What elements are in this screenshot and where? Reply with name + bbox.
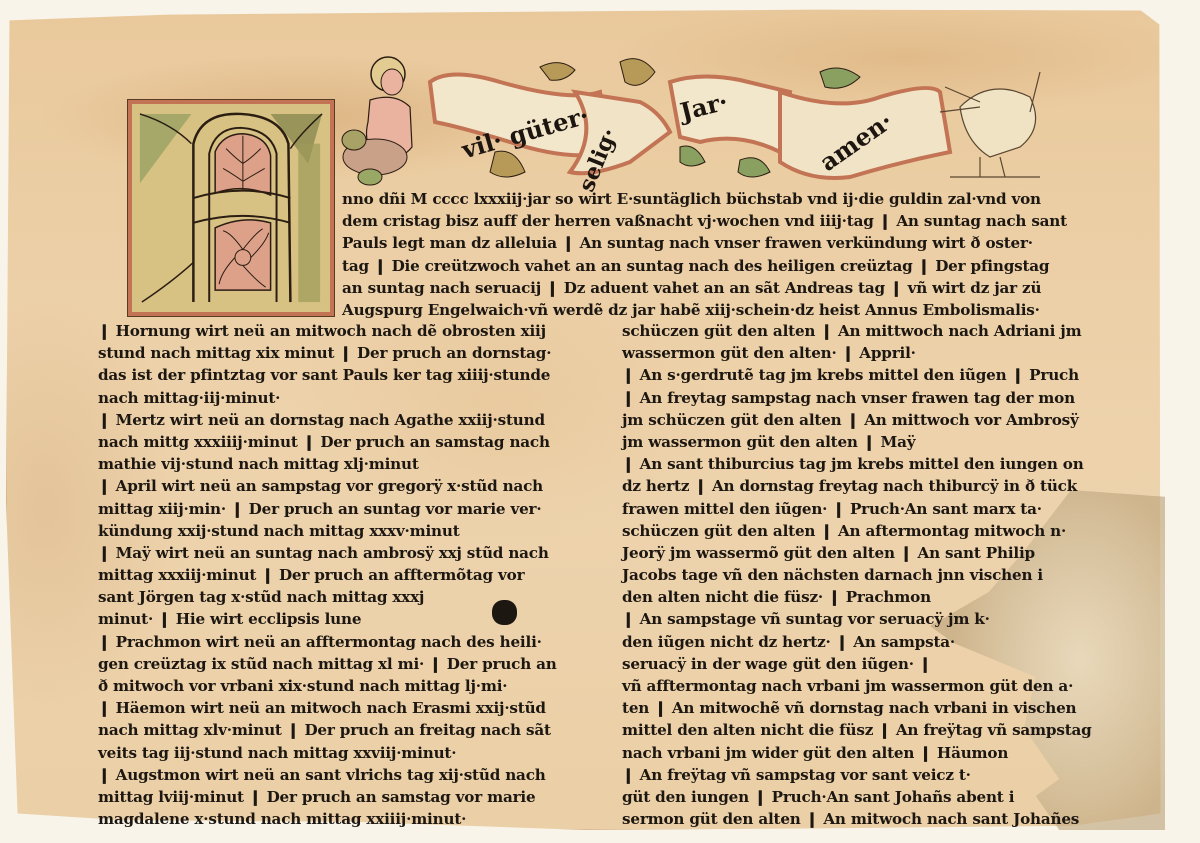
text-line: ❙ An s·gerdrutẽ tag jm krebs mittel den …: [622, 364, 1122, 386]
text-line: ❙ Hornung wirt neü an mitwoch nach dẽ ob…: [98, 320, 598, 342]
text-line: sermon güt den alten ❙ An mitwoch nach s…: [622, 808, 1122, 830]
text-line: seruacÿ in der wage güt den iũgen· ❙: [622, 653, 1122, 675]
text-line: ❙ An freytag sampstag nach vnser frawen …: [622, 387, 1122, 409]
text-line: dz hertz ❙ An dornstag freytag nach thib…: [622, 475, 1122, 497]
text-line: mittel den alten nicht die füsz ❙ An fre…: [622, 719, 1122, 741]
text-line: nach mittg xxxiiij·minut ❙ Der pruch an …: [98, 431, 598, 453]
text-line: schüczen güt den alten ❙ An aftermontag …: [622, 520, 1122, 542]
text-line: ❙ Augstmon wirt neü an sant vlrichs tag …: [98, 764, 598, 786]
text-line: ❙ Prachmon wirt neü an afftermontag nach…: [98, 631, 598, 653]
text-line: Jeorÿ jm wassermõ güt den alten ❙ An san…: [622, 542, 1122, 564]
initial-a-icon: [132, 104, 330, 312]
text-line: wassermon güt den alten· ❙ Appril·: [622, 342, 1122, 364]
christ-child-icon: [342, 57, 412, 185]
text-line: güt den iungen ❙ Pruch·An sant Johañs ab…: [622, 786, 1122, 808]
text-line: das ist der pfintztag vor sant Pauls ker…: [98, 364, 598, 386]
right-column: schüczen güt den alten ❙ An mittwoch nac…: [622, 320, 1122, 830]
text-line: nach vrbani jm wider güt den alten ❙ Häu…: [622, 742, 1122, 764]
header-line: Augspurg Engelwaich·vñ werdẽ dz jar habẽ…: [342, 299, 1120, 321]
text-line: ❙ Häemon wirt neü an mitwoch nach Erasmi…: [98, 697, 598, 719]
left-column: ❙ Hornung wirt neü an mitwoch nach dẽ ob…: [98, 320, 598, 830]
text-line: jm schüczen güt den alten ❙ An mittwoch …: [622, 409, 1122, 431]
decorative-banner: vil· güter· selig· Jar· amen·: [340, 52, 1060, 192]
header-line: Pauls legt man dz alleluia ❙ An suntag n…: [342, 232, 1120, 254]
text-line: mittag lviij·minut ❙ Der pruch an samsta…: [98, 786, 598, 808]
text-line: ten ❙ An mitwochẽ vñ dornstag nach vrban…: [622, 697, 1122, 719]
header-line: dem cristag bisz auff der herren vaßnach…: [342, 210, 1120, 232]
header-line: an suntag nach seruacij ❙ Dz aduent vahe…: [342, 277, 1120, 299]
text-line: gen creüztag ix stũd nach mittag xl mi· …: [98, 653, 598, 675]
text-line: ❙ Maÿ wirt neü an suntag nach ambrosÿ xx…: [98, 542, 598, 564]
text-line: ❙ An freÿtag vñ sampstag vor sant veicz …: [622, 764, 1122, 786]
lunar-eclipse-symbol-icon: [492, 600, 517, 625]
text-line: stund nach mittag xix minut ❙ Der pruch …: [98, 342, 598, 364]
text-line: minut· ❙ Hie wirt ecclipsis lune: [98, 608, 598, 630]
pelican-icon: [940, 72, 1040, 177]
text-line: den alten nicht die füsz· ❙ Prachmon: [622, 586, 1122, 608]
decorated-initial-a: [128, 100, 334, 316]
text-line: magdalene x·stund nach mittag xxiiij·min…: [98, 808, 598, 830]
text-line: ❙ An sampstage vñ suntag vor seruacÿ jm …: [622, 608, 1122, 630]
text-line: nach mittag·iij·minut·: [98, 387, 598, 409]
text-line: ð mitwoch vor vrbani xix·stund nach mitt…: [98, 675, 598, 697]
text-line: Jacobs tage vñ den nächsten darnach jnn …: [622, 564, 1122, 586]
text-line: frawen mittel den iũgen· ❙ Pruch·An sant…: [622, 498, 1122, 520]
text-line: ❙ April wirt neü an sampstag vor gregorÿ…: [98, 475, 598, 497]
text-line: mittag xiij·min· ❙ Der pruch an suntag v…: [98, 498, 598, 520]
text-line: ❙ Mertz wirt neü an dornstag nach Agathe…: [98, 409, 598, 431]
text-line: veits tag iij·stund nach mittag xxviij·m…: [98, 742, 598, 764]
text-line: jm wassermon güt den alten ❙ Maÿ: [622, 431, 1122, 453]
header-line: tag ❙ Die creützwoch vahet an an suntag …: [342, 255, 1120, 277]
header-paragraph: nno dñi M cccc lxxxiij·jar so wirt E·sun…: [342, 188, 1120, 321]
text-line: sant Jörgen tag x·stũd nach mittag xxxj: [98, 586, 598, 608]
text-line: ❙ An sant thiburcius tag jm krebs mittel…: [622, 453, 1122, 475]
header-line: nno dñi M cccc lxxxiij·jar so wirt E·sun…: [342, 188, 1120, 210]
text-line: den iũgen nicht dz hertz· ❙ An sampsta·: [622, 631, 1122, 653]
text-line: kündung xxij·stund nach mittag xxxv·minu…: [98, 520, 598, 542]
text-line: mathie vij·stund nach mittag xlj·minut: [98, 453, 598, 475]
text-line: schüczen güt den alten ❙ An mittwoch nac…: [622, 320, 1122, 342]
text-line: vñ afftermontag nach vrbani jm wassermon…: [622, 675, 1122, 697]
text-line: nach mittag xlv·minut ❙ Der pruch an fre…: [98, 719, 598, 741]
text-line: mittag xxxiij·minut ❙ Der pruch an affte…: [98, 564, 598, 586]
